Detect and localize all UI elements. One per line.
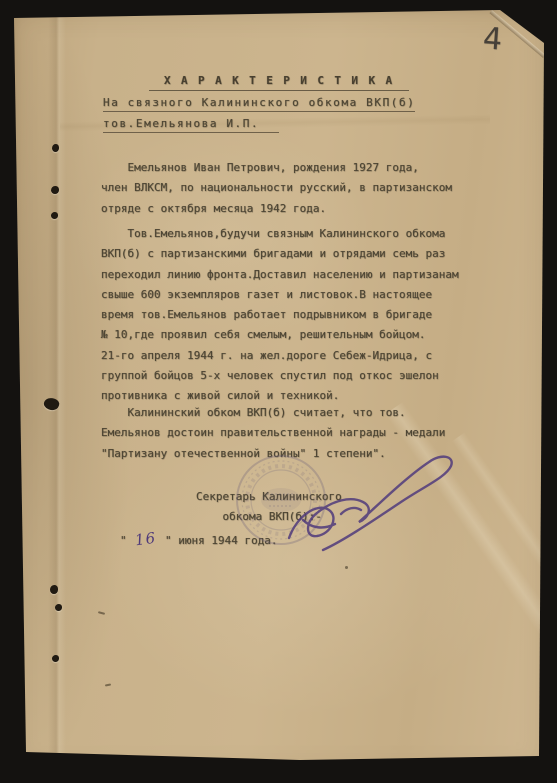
ink-speck (345, 566, 348, 569)
paper-crease-diagonal (452, 432, 557, 703)
ink-speck (105, 683, 111, 686)
page-number: 4 (482, 21, 503, 57)
scan-background: 4 Х А Р А К Т Е Р И С Т И К А На связног… (0, 0, 557, 783)
document-title-text: Х А Р А К Т Е Р И С Т И К А (149, 74, 409, 91)
punch-hole (51, 186, 59, 194)
document-subtitle-line2: тов.Емельянова И.П. (103, 114, 279, 134)
document-title: Х А Р А К Т Е Р И С Т И К А (103, 71, 455, 91)
date-line: " 16 " июня 1944 года. (120, 529, 278, 551)
ink-speck (98, 611, 105, 615)
paragraph-service-record: Тов.Емельянов,будучи связным Калининског… (101, 224, 459, 407)
torn-hole (42, 396, 60, 412)
document-subtitle-line1: На связного Калининского обкома ВКП(б) (103, 93, 415, 113)
signature-role-line: Секретарь Калининского обкома ВКП(б):- (196, 487, 342, 526)
subtitle-text-1: На связного Калининского обкома ВКП(б) (103, 96, 415, 112)
date-quote-open: " (120, 534, 133, 547)
subtitle-text-2: тов.Емельянова И.П. (103, 117, 279, 133)
punch-hole (50, 585, 58, 594)
date-rest: июня 1944 года. (178, 534, 277, 547)
date-quote-close: " (158, 534, 178, 547)
handwritten-day: 16 (132, 527, 160, 551)
punch-hole (55, 604, 62, 611)
paragraph-award-recommendation: Калининский обком ВКП(б) считает, что то… (101, 403, 445, 464)
paragraph-biography: Емельянов Иван Петрович, рождения 1927 г… (101, 158, 452, 219)
paper-crease-left (48, 14, 66, 759)
punch-hole (52, 144, 59, 152)
document-page: 4 Х А Р А К Т Е Р И С Т И К А На связног… (0, 0, 557, 783)
punch-hole (52, 655, 59, 662)
punch-hole (51, 212, 58, 219)
